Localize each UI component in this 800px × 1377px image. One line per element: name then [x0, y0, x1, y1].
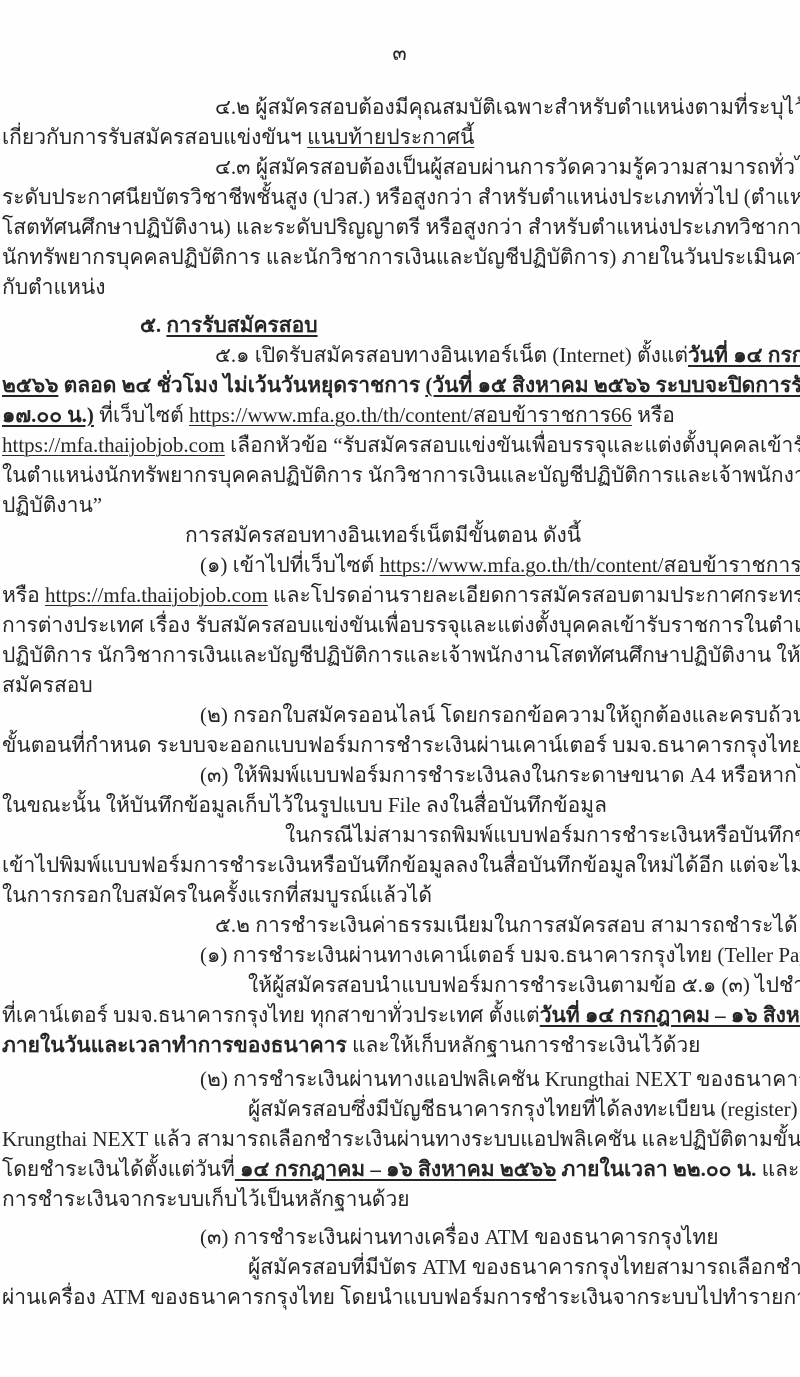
text-line: ในตำแหน่งนักทรัพยากรบุคคลปฏิบัติการ นักว…: [0, 460, 800, 490]
text-line: เกี่ยวกับการรับสมัครสอบแข่งขันฯ แนบท้ายป…: [0, 122, 800, 152]
text-line: ที่เคาน์เตอร์ บมจ.ธนาคารกรุงไทย ทุกสาขาท…: [0, 1000, 800, 1030]
text-segment: หรือ: [632, 403, 675, 427]
text-segment: (๓) การชำระเงินผ่านทางเครื่อง ATM ของธนา…: [200, 1225, 719, 1249]
text-segment: Krungthai NEXT แล้ว สามารถเลือกชำระเงินผ…: [2, 1127, 800, 1151]
text-segment: ๑๔ กรกฎาคม – ๑๖ สิงหาคม ๒๕๖๖: [235, 1157, 556, 1181]
text-line: https://mfa.thaijobjob.com เลือกหัวข้อ “…: [0, 430, 800, 460]
text-segment: ปฏิบัติงาน”: [2, 493, 102, 517]
text-segment: ตลอด ๒๔ ชั่วโมง ไม่เว้นวันหยุดราชการ: [58, 373, 425, 397]
text-line: การชำระเงินจากระบบเก็บไว้เป็นหลักฐานด้วย: [0, 1184, 800, 1214]
text-segment: ๕.๑ เปิดรับสมัครสอบทางอินเทอร์เน็ต (Inte…: [215, 343, 688, 367]
text-line: ในกรณีไม่สามารถพิมพ์แบบฟอร์มการชำระเงินห…: [0, 820, 800, 850]
text-segment: โสตทัศนศึกษาปฏิบัติงาน) และระดับปริญญาตร…: [2, 215, 800, 239]
text-line: ๕.๒ การชำระเงินค่าธรรมเนียมในการสมัครสอบ…: [0, 910, 800, 940]
text-segment: (๒) การชำระเงินผ่านทางแอปพลิเคชัน Krungt…: [200, 1067, 800, 1091]
document-page: ๓ ๔.๒ ผู้สมัครสอบต้องมีคุณสมบัติเฉพาะสำห…: [0, 0, 800, 1377]
text-segment: ในขณะนั้น ให้บันทึกข้อมูลเก็บไว้ในรูปแบบ…: [2, 793, 607, 817]
text-segment: ที่เว็บไซต์: [94, 403, 189, 427]
text-line: ผู้สมัครสอบที่มีบัตร ATM ของธนาคารกรุงไท…: [0, 1252, 800, 1282]
text-line: เข้าไปพิมพ์แบบฟอร์มการชำระเงินหรือบันทึก…: [0, 850, 800, 880]
text-segment: ผู้สมัครสอบซึ่งมีบัญชีธนาคารกรุงไทยที่ได…: [248, 1097, 800, 1121]
text-line: ในการกรอกใบสมัครในครั้งแรกที่สมบูรณ์แล้ว…: [0, 880, 800, 910]
text-segment: (วันที่ ๑๕ สิงหาคม ๒๕๖๖ ระบบจะปิดการรับส…: [425, 373, 800, 397]
text-segment: การสมัครสอบทางอินเทอร์เน็ตมีขั้นตอน ดังน…: [185, 523, 581, 547]
text-segment: การต่างประเทศ เรื่อง รับสมัครสอบแข่งขันเ…: [2, 613, 800, 637]
text-segment: การรับสมัครสอบ: [166, 313, 317, 337]
text-segment: นักทรัพยากรบุคคลปฏิบัติการ และนักวิชาการ…: [2, 245, 800, 269]
text-segment: โดยชำระเงินได้ตั้งแต่วันที่: [2, 1157, 235, 1181]
text-line: Krungthai NEXT แล้ว สามารถเลือกชำระเงินผ…: [0, 1124, 800, 1154]
text-segment: ในการกรอกใบสมัครในครั้งแรกที่สมบูรณ์แล้ว…: [2, 883, 432, 907]
text-segment: ๔.๒ ผู้สมัครสอบต้องมีคุณสมบัติเฉพาะสำหรั…: [215, 95, 800, 119]
text-line: ๕.๑ เปิดรับสมัครสอบทางอินเทอร์เน็ต (Inte…: [0, 340, 800, 370]
text-segment: ปฏิบัติการ นักวิชาการเงินและบัญชีปฏิบัติ…: [2, 643, 800, 667]
text-line: ให้ผู้สมัครสอบนำแบบฟอร์มการชำระเงินตามข้…: [0, 970, 800, 1000]
text-segment: สมัครสอบ: [2, 673, 93, 697]
text-segment: (๑) การชำระเงินผ่านทางเคาน์เตอร์ บมจ.ธนา…: [200, 943, 800, 967]
text-line: ๑๗.๐๐ น.) ที่เว็บไซต์ https://www.mfa.go…: [0, 400, 800, 430]
text-segment: ๒๕๖๖: [2, 373, 58, 397]
text-segment: เข้าไปพิมพ์แบบฟอร์มการชำระเงินหรือบันทึก…: [2, 853, 800, 877]
text-line: ๔.๒ ผู้สมัครสอบต้องมีคุณสมบัติเฉพาะสำหรั…: [0, 92, 800, 122]
text-line: ๕. การรับสมัครสอบ: [0, 310, 800, 340]
page-number: ๓: [0, 38, 800, 68]
url-link[interactable]: https://www.mfa.go.th/th/content/สอบข้าร…: [380, 553, 800, 577]
text-line: (๒) การชำระเงินผ่านทางแอปพลิเคชัน Krungt…: [0, 1064, 800, 1094]
url-link[interactable]: https://mfa.thaijobjob.com: [2, 433, 225, 457]
text-segment: (๓) ให้พิมพ์แบบฟอร์มการชำระเงินลงในกระดา…: [200, 763, 800, 787]
text-line: ขั้นตอนที่กำหนด ระบบจะออกแบบฟอร์มการชำระ…: [0, 730, 800, 760]
text-segment: การชำระเงินจากระบบเก็บไว้เป็นหลักฐานด้วย: [2, 1187, 410, 1211]
text-segment: และให้พิมพ์หน้ายืนยัน: [756, 1157, 800, 1181]
text-line: สมัครสอบ: [0, 670, 800, 700]
text-line: ผู้สมัครสอบซึ่งมีบัญชีธนาคารกรุงไทยที่ได…: [0, 1094, 800, 1124]
text-segment: (๒) กรอกใบสมัครออนไลน์ โดยกรอกข้อความให้…: [200, 703, 800, 727]
text-line: หรือ https://mfa.thaijobjob.com และโปรดอ…: [0, 580, 800, 610]
text-segment: กับตำแหน่ง: [2, 275, 105, 299]
text-line: โดยชำระเงินได้ตั้งแต่วันที่ ๑๔ กรกฎาคม –…: [0, 1154, 800, 1184]
text-line: ๒๕๖๖ ตลอด ๒๔ ชั่วโมง ไม่เว้นวันหยุดราชกา…: [0, 370, 800, 400]
text-segment: ๔.๓ ผู้สมัครสอบต้องเป็นผู้สอบผ่านการวัดค…: [215, 155, 800, 179]
text-line: นักทรัพยากรบุคคลปฏิบัติการ และนักวิชาการ…: [0, 242, 800, 272]
text-segment: ระดับประกาศนียบัตรวิชาชีพชั้นสูง (ปวส.) …: [2, 185, 800, 209]
text-segment: ภายในวันและเวลาทำการของธนาคาร: [2, 1033, 347, 1057]
text-segment: ผ่านเครื่อง ATM ของธนาคารกรุงไทย โดยนำแบ…: [2, 1285, 800, 1309]
text-segment: แนบท้ายประกาศนี้: [307, 125, 474, 149]
text-line: กับตำแหน่ง: [0, 272, 800, 302]
text-line: (๑) การชำระเงินผ่านทางเคาน์เตอร์ บมจ.ธนา…: [0, 940, 800, 970]
text-line: ปฏิบัติงาน”: [0, 490, 800, 520]
text-segment: วันที่ ๑๔ กรกฎาคม – ๑๖ สิงหาคม ๒๕๖๖: [540, 1003, 800, 1027]
text-line: ในขณะนั้น ให้บันทึกข้อมูลเก็บไว้ในรูปแบบ…: [0, 790, 800, 820]
document-body: ๔.๒ ผู้สมัครสอบต้องมีคุณสมบัติเฉพาะสำหรั…: [0, 92, 800, 1312]
text-segment: ที่เคาน์เตอร์ บมจ.ธนาคารกรุงไทย ทุกสาขาท…: [2, 1003, 540, 1027]
text-line: (๓) การชำระเงินผ่านทางเครื่อง ATM ของธนา…: [0, 1222, 800, 1252]
text-segment: และโปรดอ่านรายละเอียดการสมัครสอบตามประกา…: [268, 583, 800, 607]
text-segment: วันที่ ๑๔ กรกฎาคม - ๑๕ สิงหาคม: [688, 343, 800, 367]
text-line: การต่างประเทศ เรื่อง รับสมัครสอบแข่งขันเ…: [0, 610, 800, 640]
text-segment: (๑) เข้าไปที่เว็บไซต์: [200, 553, 380, 577]
text-line: ปฏิบัติการ นักวิชาการเงินและบัญชีปฏิบัติ…: [0, 640, 800, 670]
text-segment: หรือ: [2, 583, 45, 607]
text-segment: และให้เก็บหลักฐานการชำระเงินไว้ด้วย: [347, 1033, 701, 1057]
text-segment: เกี่ยวกับการรับสมัครสอบแข่งขันฯ: [2, 125, 307, 149]
text-line: โสตทัศนศึกษาปฏิบัติงาน) และระดับปริญญาตร…: [0, 212, 800, 242]
text-segment: ๑๗.๐๐ น.): [2, 403, 94, 427]
url-link[interactable]: https://mfa.thaijobjob.com: [45, 583, 268, 607]
text-segment: ในตำแหน่งนักทรัพยากรบุคคลปฏิบัติการ นักว…: [2, 463, 800, 487]
text-line: (๒) กรอกใบสมัครออนไลน์ โดยกรอกข้อความให้…: [0, 700, 800, 730]
text-segment: ขั้นตอนที่กำหนด ระบบจะออกแบบฟอร์มการชำระ…: [2, 733, 800, 757]
text-line: ระดับประกาศนียบัตรวิชาชีพชั้นสูง (ปวส.) …: [0, 182, 800, 212]
text-line: (๑) เข้าไปที่เว็บไซต์ https://www.mfa.go…: [0, 550, 800, 580]
text-segment: ในกรณีไม่สามารถพิมพ์แบบฟอร์มการชำระเงินห…: [285, 823, 800, 847]
text-line: ผ่านเครื่อง ATM ของธนาคารกรุงไทย โดยนำแบ…: [0, 1282, 800, 1312]
text-line: การสมัครสอบทางอินเทอร์เน็ตมีขั้นตอน ดังน…: [0, 520, 800, 550]
text-segment: ๕.๒ การชำระเงินค่าธรรมเนียมในการสมัครสอบ…: [215, 913, 800, 937]
text-line: (๓) ให้พิมพ์แบบฟอร์มการชำระเงินลงในกระดา…: [0, 760, 800, 790]
text-segment: ๕.: [140, 313, 166, 337]
text-line: ๔.๓ ผู้สมัครสอบต้องเป็นผู้สอบผ่านการวัดค…: [0, 152, 800, 182]
text-segment: ผู้สมัครสอบที่มีบัตร ATM ของธนาคารกรุงไท…: [248, 1255, 800, 1279]
text-segment: เลือกหัวข้อ “รับสมัครสอบแข่งขันเพื่อบรรจ…: [225, 433, 800, 457]
text-segment: ภายในเวลา ๒๒.๐๐ น.: [556, 1157, 756, 1181]
url-link[interactable]: https://www.mfa.go.th/th/content/สอบข้าร…: [189, 403, 632, 427]
text-line: ภายในวันและเวลาทำการของธนาคาร และให้เก็บ…: [0, 1030, 800, 1060]
text-segment: ให้ผู้สมัครสอบนำแบบฟอร์มการชำระเงินตามข้…: [248, 973, 800, 997]
